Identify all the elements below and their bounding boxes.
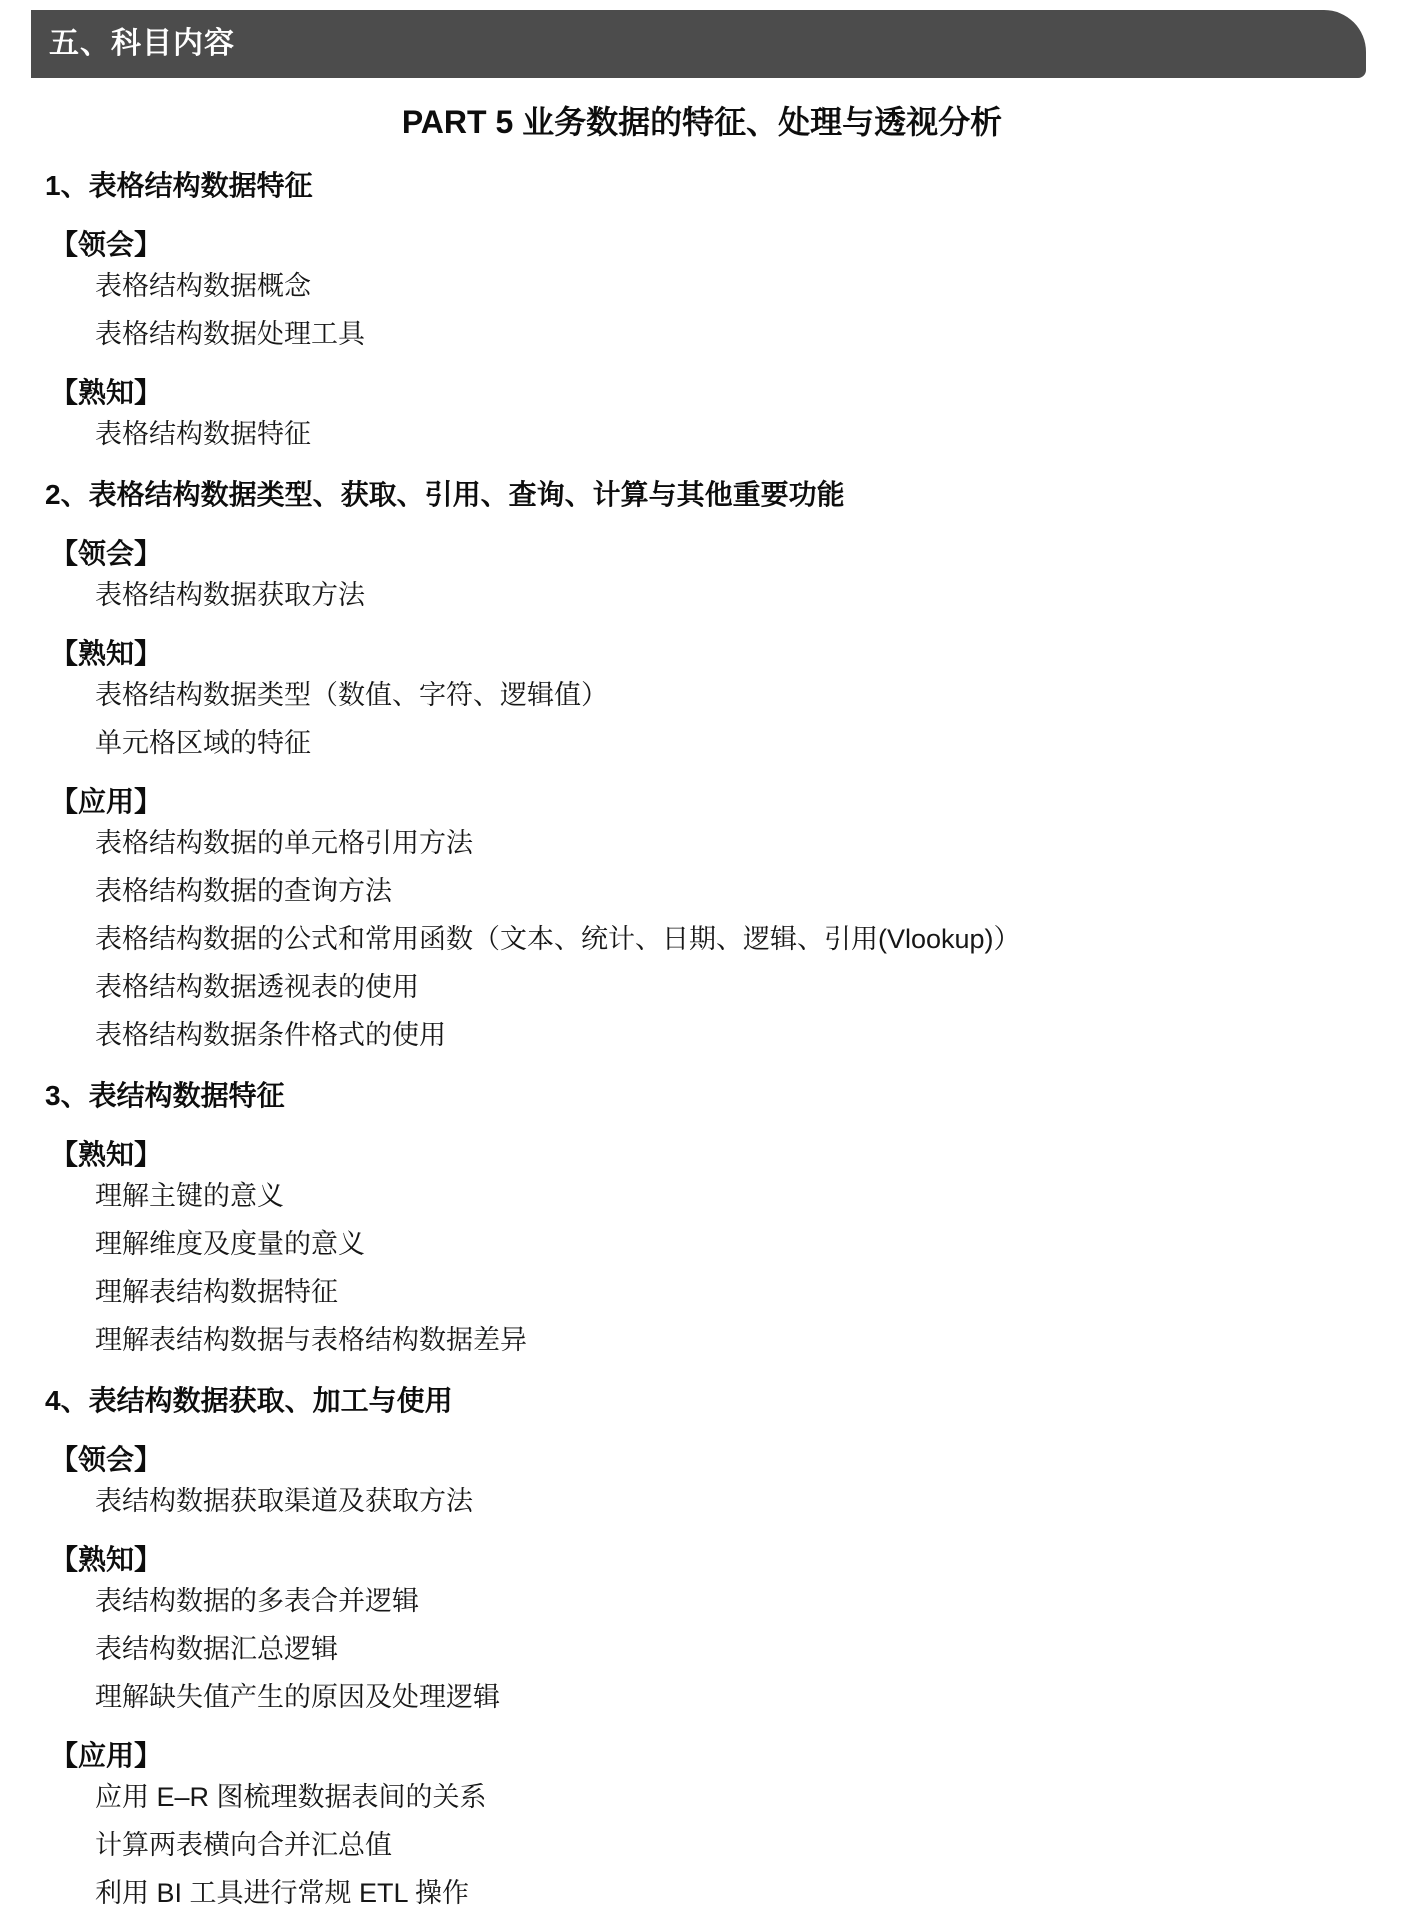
syllabus-item: 表结构数据汇总逻辑: [0, 1632, 1404, 1666]
section-4-heading: 4、表结构数据获取、加工与使用: [0, 1384, 1404, 1418]
syllabus-item: 表格结构数据处理工具: [0, 317, 1404, 351]
syllabus-item: 应用 E–R 图梳理数据表间的关系: [0, 1780, 1404, 1814]
syllabus-item: 表格结构数据获取方法: [0, 578, 1404, 612]
level-heading-familiar: 【熟知】: [0, 1543, 1404, 1577]
section-2-heading: 2、表格结构数据类型、获取、引用、查询、计算与其他重要功能: [0, 478, 1404, 512]
syllabus-item: 表格结构数据概念: [0, 269, 1404, 303]
syllabus-item: 表格结构数据类型（数值、字符、逻辑值）: [0, 678, 1404, 712]
syllabus-item: 利用 BI 工具进行常规 ETL 操作: [0, 1876, 1404, 1910]
syllabus-item: 单元格区域的特征: [0, 726, 1404, 760]
level-heading-apply: 【应用】: [0, 1739, 1404, 1773]
level-heading-comprehend: 【领会】: [0, 537, 1404, 571]
syllabus-item: 表格结构数据特征: [0, 417, 1404, 451]
syllabus-item: 表格结构数据的查询方法: [0, 874, 1404, 908]
syllabus-item: 表格结构数据的公式和常用函数（文本、统计、日期、逻辑、引用(Vlookup)）: [0, 922, 1404, 956]
syllabus-item: 理解主键的意义: [0, 1179, 1404, 1213]
level-heading-apply: 【应用】: [0, 785, 1404, 819]
syllabus-item: 理解缺失值产生的原因及处理逻辑: [0, 1680, 1404, 1714]
syllabus-item: 计算两表横向合并汇总值: [0, 1828, 1404, 1862]
document-page: 五、科目内容 PART 5 业务数据的特征、处理与透视分析 1、表格结构数据特征…: [0, 10, 1404, 1910]
syllabus-item: 理解表结构数据特征: [0, 1275, 1404, 1309]
banner-title: 五、科目内容: [49, 27, 235, 60]
section-header-banner: 五、科目内容: [31, 10, 1366, 78]
level-heading-familiar: 【熟知】: [0, 637, 1404, 671]
syllabus-item: 理解维度及度量的意义: [0, 1227, 1404, 1261]
syllabus-item: 表格结构数据条件格式的使用: [0, 1018, 1404, 1052]
syllabus-item: 表结构数据的多表合并逻辑: [0, 1584, 1404, 1618]
syllabus-item: 表格结构数据的单元格引用方法: [0, 826, 1404, 860]
syllabus-item: 表格结构数据透视表的使用: [0, 970, 1404, 1004]
level-heading-comprehend: 【领会】: [0, 228, 1404, 262]
section-3-heading: 3、表结构数据特征: [0, 1079, 1404, 1113]
level-heading-familiar: 【熟知】: [0, 1138, 1404, 1172]
syllabus-item: 理解表结构数据与表格结构数据差异: [0, 1323, 1404, 1357]
section-1-heading: 1、表格结构数据特征: [0, 169, 1404, 203]
syllabus-item: 表结构数据获取渠道及获取方法: [0, 1484, 1404, 1518]
part-title: PART 5 业务数据的特征、处理与透视分析: [0, 102, 1404, 142]
level-heading-familiar: 【熟知】: [0, 376, 1404, 410]
level-heading-comprehend: 【领会】: [0, 1443, 1404, 1477]
